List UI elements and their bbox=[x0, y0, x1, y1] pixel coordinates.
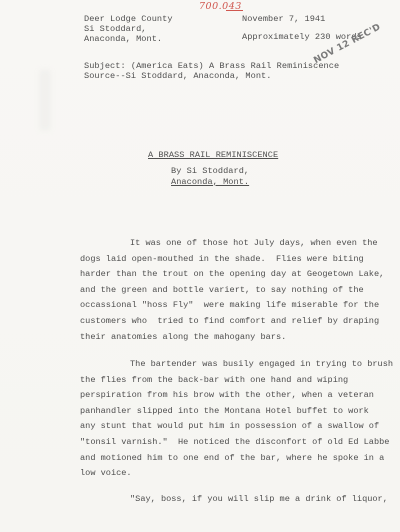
byline-location: Anaconda, Mont. bbox=[171, 177, 249, 187]
text-line: and the green and bottle variert, to say… bbox=[80, 283, 400, 299]
text-line: "tonsil varnish." He noticed the disconf… bbox=[80, 435, 400, 451]
header-location: Anaconda, Mont. bbox=[84, 34, 162, 44]
document-page: Deer Lodge County Si Stoddard, Anaconda,… bbox=[0, 0, 400, 532]
text-line: occassional "hoss Fly" were making life … bbox=[80, 298, 400, 314]
text-line: It was one of those hot July days, when … bbox=[80, 236, 400, 252]
text-line: panhandler slipped into the Montana Hote… bbox=[80, 404, 400, 420]
byline: By Si Stoddard, bbox=[171, 166, 249, 176]
text-line: harder than the trout on the opening day… bbox=[80, 267, 400, 283]
paragraph-2: The bartender was busily engaged in tryi… bbox=[80, 357, 400, 482]
paragraph-1: It was one of those hot July days, when … bbox=[80, 236, 400, 345]
text-line: The bartender was busily engaged in tryi… bbox=[80, 357, 400, 373]
text-line: perspiration from his brow with the othe… bbox=[80, 388, 400, 404]
text-line: and motioned him to one end of the bar, … bbox=[80, 451, 400, 467]
text-line: dogs laid open-mouthed in the shade. Fli… bbox=[80, 252, 400, 268]
received-stamp-text: NOV 12 REC'D bbox=[312, 22, 382, 66]
text-line: customers who tried to find comfort and … bbox=[80, 314, 400, 330]
text-line: "Say, boss, if you will slip me a drink … bbox=[80, 492, 400, 508]
text-line: their anatomies along the mahogany bars. bbox=[80, 330, 400, 346]
text-line: any stunt that would put him in possessi… bbox=[80, 419, 400, 435]
paragraph-3: "Say, boss, if you will slip me a drink … bbox=[80, 492, 400, 508]
header-author: Si Stoddard, bbox=[84, 24, 147, 34]
text-line: the flies from the back-bar with one han… bbox=[80, 373, 400, 389]
file-number-annotation: 700.043 bbox=[199, 1, 242, 12]
subject-line: Subject: (America Eats) A Brass Rail Rem… bbox=[84, 61, 339, 71]
paper-smudge bbox=[40, 70, 50, 130]
source-line: Source--Si Stoddard, Anaconda, Mont. bbox=[84, 71, 271, 81]
text-line: low voice. bbox=[80, 466, 400, 482]
received-stamp: NOV 12 REC'D bbox=[312, 22, 382, 66]
header-date: November 7, 1941 bbox=[242, 14, 325, 24]
document-title: A BRASS RAIL REMINISCENCE bbox=[148, 150, 278, 160]
header-county: Deer Lodge County bbox=[84, 14, 173, 24]
